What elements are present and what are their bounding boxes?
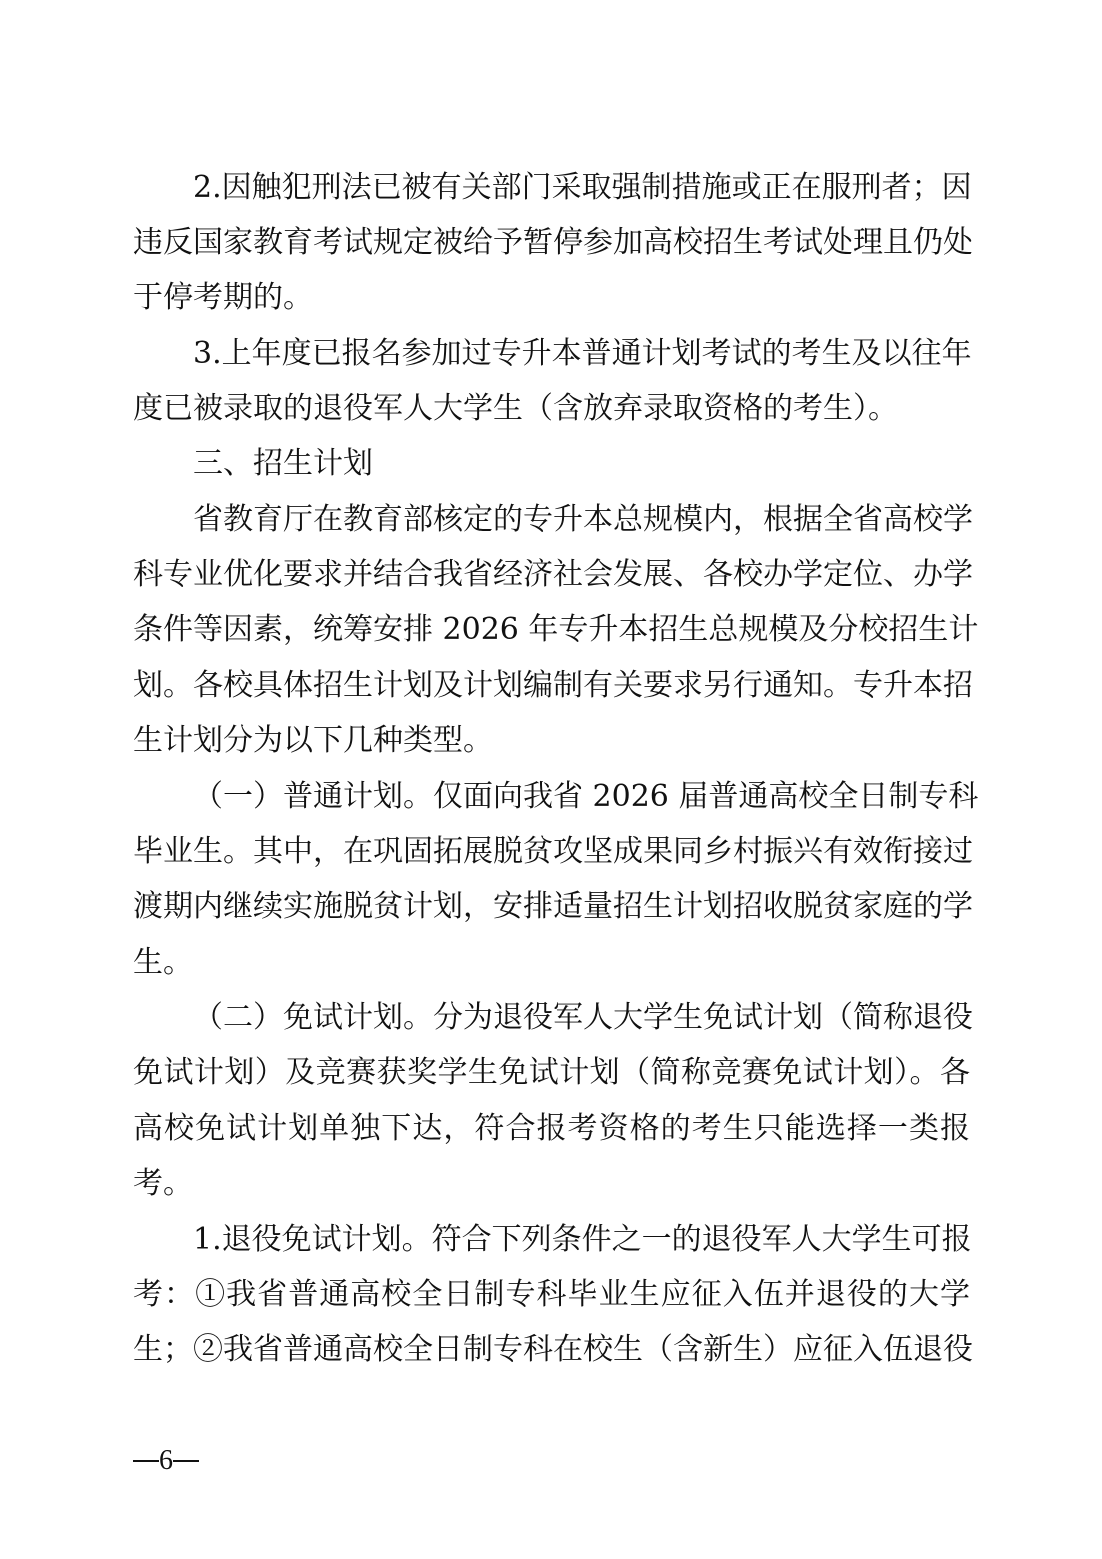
text-line: 考。 (133, 1164, 970, 1204)
text-line: 3.上年度已报名参加过专升本普通计划考试的考生及以往年 (193, 334, 970, 374)
text-line: 于停考期的。 (133, 278, 970, 318)
text-line: 生；②我省普通高校全日制专科在校生（含新生）应征入伍退役 (133, 1330, 970, 1370)
text-line: （一）普通计划。仅面向我省 2026 届普通高校全日制专科 (193, 777, 970, 817)
text-line: 科专业优化要求并结合我省经济社会发展、各校办学定位、办学 (133, 555, 970, 595)
text-line: 考：①我省普通高校全日制专科毕业生应征入伍并退役的大学 (133, 1275, 970, 1315)
text-line: 免试计划）及竞赛获奖学生免试计划（简称竞赛免试计划）。各 (133, 1053, 970, 1093)
text-line: 1.退役免试计划。符合下列条件之一的退役军人大学生可报 (193, 1220, 970, 1260)
text-line: 高校免试计划单独下达，符合报考资格的考生只能选择一类报 (133, 1109, 970, 1149)
text-line: 生计划分为以下几种类型。 (133, 721, 970, 761)
text-line: 违反国家教育考试规定被给予暂停参加高校招生考试处理且仍处 (133, 223, 970, 263)
page-number: 6 (133, 1446, 199, 1476)
text-line: 2.因触犯刑法已被有关部门采取强制措施或正在服刑者；因 (193, 168, 970, 208)
text-line: 度已被录取的退役军人大学生（含放弃录取资格的考生）。 (133, 389, 970, 429)
section-heading: 三、招生计划 (193, 444, 970, 484)
page-dash-right (173, 1460, 199, 1462)
document-page: 2.因触犯刑法已被有关部门采取强制措施或正在服刑者；因违反国家教育考试规定被给予… (0, 0, 1102, 1559)
text-line: 生。 (133, 943, 970, 983)
text-line: 省教育厅在教育部核定的专升本总规模内，根据全省高校学 (193, 500, 970, 540)
text-line: 条件等因素，统筹安排 2026 年专升本招生总规模及分校招生计 (133, 610, 970, 650)
text-line: 渡期内继续实施脱贫计划，安排适量招生计划招收脱贫家庭的学 (133, 887, 970, 927)
page-dash-left (133, 1460, 159, 1462)
text-line: 毕业生。其中，在巩固拓展脱贫攻坚成果同乡村振兴有效衔接过 (133, 832, 970, 872)
text-line: 划。各校具体招生计划及计划编制有关要求另行通知。专升本招 (133, 666, 970, 706)
text-line: （二）免试计划。分为退役军人大学生免试计划（简称退役 (193, 998, 970, 1038)
page-number-value: 6 (159, 1446, 173, 1476)
